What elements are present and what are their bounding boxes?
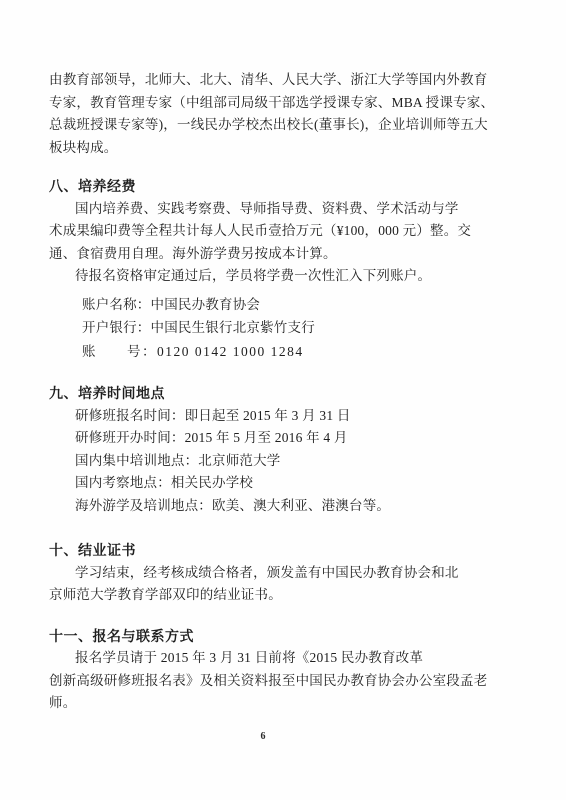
list-item: 研修班报名时间：即日起至 2015 年 3 月 31 日 <box>49 405 519 428</box>
text-line: 国内培养费、实践考察费、导师指导费、资料费、学术活动与学 <box>49 198 519 221</box>
text-line: 总裁班授课专家等)，一线民办学校杰出校长(董事长)，企业培训师等五大 <box>49 114 519 137</box>
text-line: 师。 <box>49 692 519 715</box>
account-number-line: 账 号：0120 0142 1000 1284 <box>82 340 519 364</box>
intro-paragraph: 由教育部领导，北师大、北大、清华、人民大学、浙江大学等国内外教育 专家，教育管理… <box>49 69 519 159</box>
section-8-heading: 八、培养经费 <box>49 175 519 198</box>
bank-branch-line: 开户银行：中国民生银行北京紫竹支行 <box>82 316 519 340</box>
text-line: 术成果编印费等全程共计每人人民币壹拾万元（¥100，000 元）整。交 <box>49 220 519 243</box>
text-line: 创新高级研修班报名表》及相关资料报至中国民办教育协会办公室段孟老 <box>49 670 519 693</box>
section-9-list: 研修班报名时间：即日起至 2015 年 3 月 31 日 研修班开办时间：201… <box>49 405 519 518</box>
text-line: 通、食宿费用自理。海外游学费另按成本计算。 <box>49 243 519 266</box>
text-line: 专家，教育管理专家（中组部司局级干部选学授课专家、MBA 授课专家、 <box>49 92 519 115</box>
list-item: 国内集中培训地点：北京师范大学 <box>49 450 519 473</box>
account-name-line: 账户名称：中国民办教育协会 <box>82 293 519 317</box>
document-page: 由教育部领导，北师大、北大、清华、人民大学、浙江大学等国内外教育 专家，教育管理… <box>0 0 566 800</box>
document-content: 由教育部领导，北师大、北大、清华、人民大学、浙江大学等国内外教育 专家，教育管理… <box>49 69 519 715</box>
text-line: 报名学员请于 2015 年 3 月 31 日前将《2015 民办教育改革 <box>49 647 519 670</box>
text-line: 由教育部领导，北师大、北大、清华、人民大学、浙江大学等国内外教育 <box>49 69 519 92</box>
list-item: 海外游学及培训地点：欧美、澳大利亚、港澳台等。 <box>49 495 519 518</box>
section-10-heading: 十、结业证书 <box>49 539 519 562</box>
section-9-heading: 九、培养时间地点 <box>49 382 519 405</box>
text-line: 学习结束，经考核成绩合格者，颁发盖有中国民办教育协会和北 <box>49 562 519 585</box>
list-item: 研修班开办时间：2015 年 5 月至 2016 年 4 月 <box>49 427 519 450</box>
text-line: 板块构成。 <box>49 137 519 160</box>
text-line: 待报名资格审定通过后，学员将学费一次性汇入下列账户。 <box>49 265 519 288</box>
section-11-heading: 十一、报名与联系方式 <box>49 625 519 648</box>
section-8-paragraph: 国内培养费、实践考察费、导师指导费、资料费、学术活动与学 术成果编印费等全程共计… <box>49 198 519 288</box>
section-11-paragraph: 报名学员请于 2015 年 3 月 31 日前将《2015 民办教育改革 创新高… <box>49 647 519 715</box>
bank-account-block: 账户名称：中国民办教育协会 开户银行：中国民生银行北京紫竹支行 账 号：0120… <box>49 293 519 364</box>
list-item: 国内考察地点：相关民办学校 <box>49 472 519 495</box>
page-number: 6 <box>256 731 270 742</box>
section-10-paragraph: 学习结束，经考核成绩合格者，颁发盖有中国民办教育协会和北 京师范大学教育学部双印… <box>49 562 519 607</box>
text-line: 京师范大学教育学部双印的结业证书。 <box>49 584 519 607</box>
